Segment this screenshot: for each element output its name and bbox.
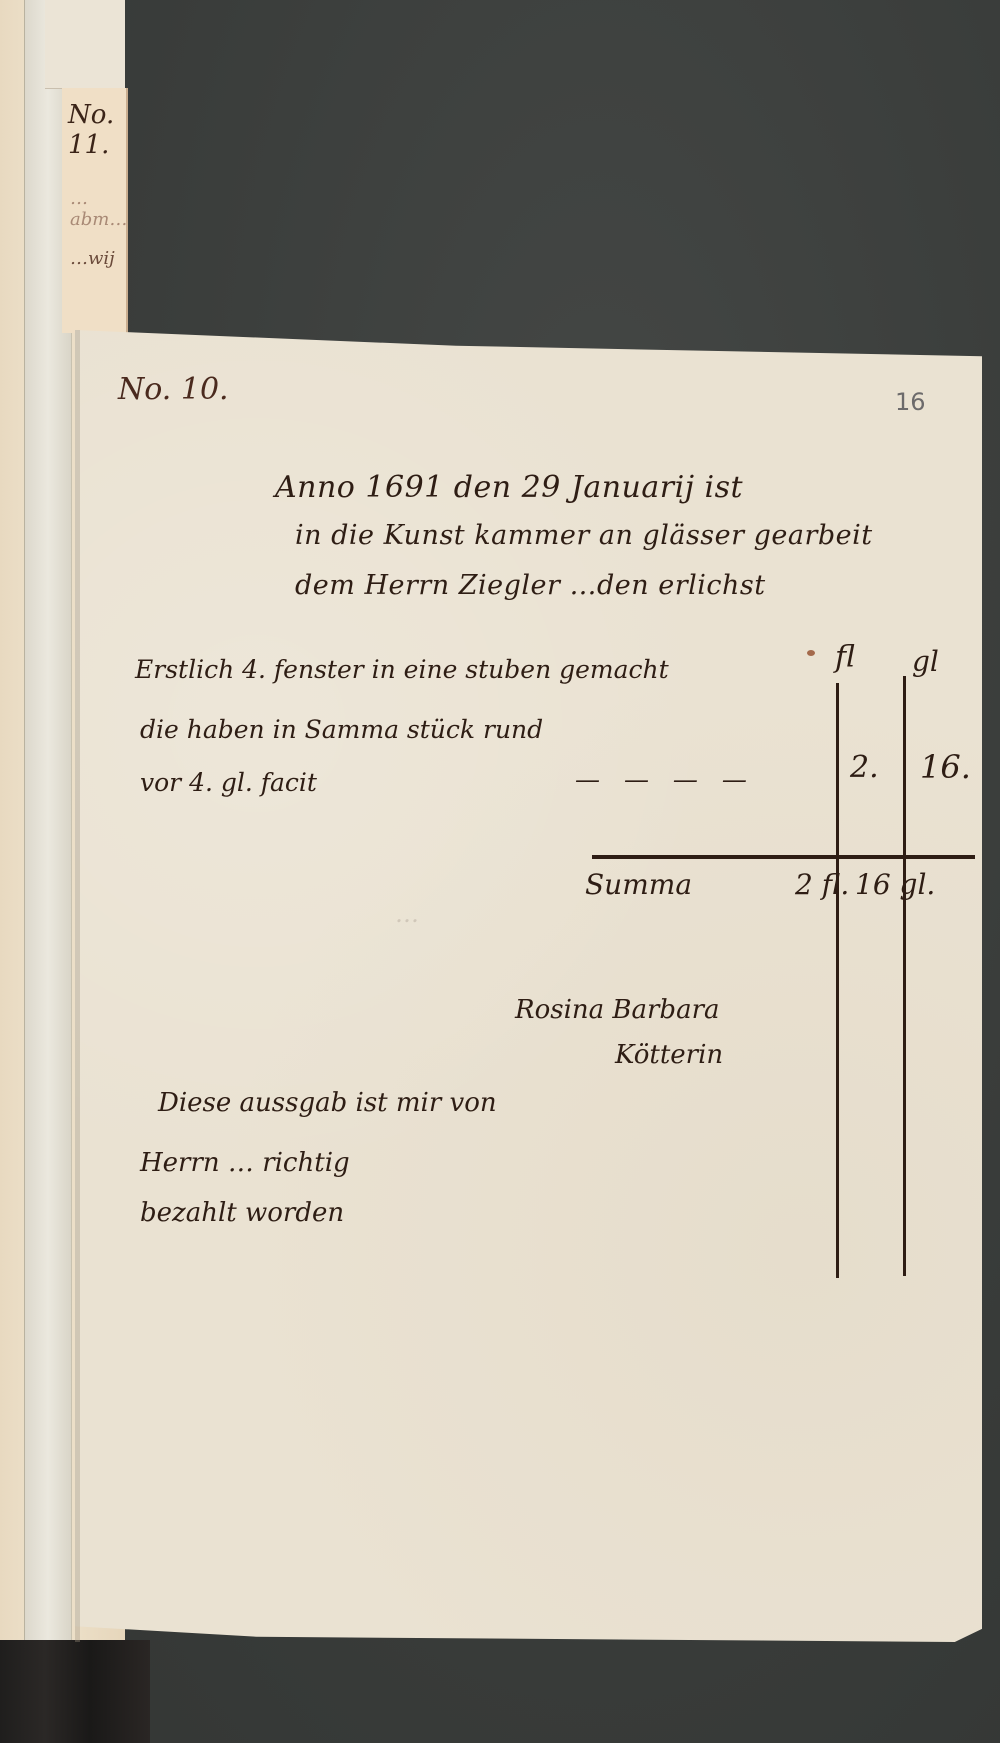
total-florin: 2 fl. bbox=[795, 868, 849, 901]
bleed-through-text: … bbox=[395, 900, 419, 928]
item-florin-value: 2. bbox=[850, 750, 879, 785]
previous-document-faint-text: …abm… bbox=[70, 188, 127, 230]
previous-document-tab: No. 11. …abm… …wij bbox=[62, 88, 128, 333]
book-spine bbox=[0, 1640, 150, 1743]
item-line-3: vor 4. gl. facit bbox=[140, 768, 317, 797]
payment-note-line-2: Herrn … richtig bbox=[140, 1148, 350, 1178]
column-header-florin: fl bbox=[835, 640, 855, 675]
payment-note-line-1: Diese aussgab ist mir von bbox=[158, 1088, 497, 1118]
previous-document-faint-text: …wij bbox=[70, 248, 115, 269]
item-leader-dashes: — — — — bbox=[575, 765, 755, 794]
heading-line-1: Anno 1691 den 29 Januarij ist bbox=[275, 470, 743, 505]
item-line-2: die haben in Samma stück rund bbox=[140, 715, 543, 744]
item-line-1: Erstlich 4. fenster in eine stuben gemac… bbox=[135, 655, 669, 684]
heading-line-2: in die Kunst kammer an glässer gearbeit bbox=[295, 520, 873, 551]
total-groschen: 16 gl. bbox=[855, 868, 935, 901]
item-groschen-value: 16. bbox=[920, 748, 971, 786]
total-rule bbox=[592, 855, 975, 859]
folio-number: 16 bbox=[895, 388, 926, 416]
page-edge-shadow bbox=[75, 330, 80, 1642]
column-header-groschen: gl bbox=[912, 645, 939, 678]
heading-line-3: dem Herrn Ziegler …den erlichst bbox=[295, 570, 766, 601]
column-rule-groschen bbox=[903, 676, 906, 1276]
payment-note-line-3: bezahlt worden bbox=[140, 1198, 344, 1228]
total-label: Summa bbox=[585, 868, 692, 901]
signature-line-2: Kötterin bbox=[615, 1040, 723, 1070]
document-number: No. 10. bbox=[118, 372, 229, 407]
column-rule-florin bbox=[836, 683, 839, 1278]
binding-stack-top bbox=[45, 0, 125, 89]
previous-document-number: No. 11. bbox=[68, 100, 126, 160]
signature-line-1: Rosina Barbara bbox=[515, 995, 720, 1025]
ink-stain bbox=[807, 650, 815, 656]
